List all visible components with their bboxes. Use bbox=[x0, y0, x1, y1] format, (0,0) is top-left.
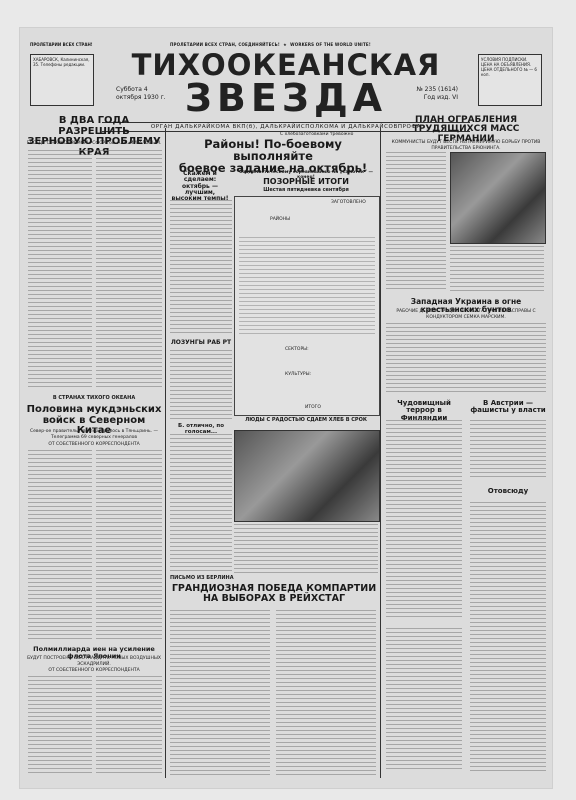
byline-japan: ОТ СОБСТВЕННОГО КОРРЕСПОНДЕНТА bbox=[26, 668, 162, 674]
article-text bbox=[170, 350, 232, 420]
column-rule bbox=[165, 128, 166, 778]
article-text bbox=[96, 450, 162, 640]
kicker-mukden: В СТРАНАХ ТИХОГО ОКЕАНА bbox=[26, 396, 162, 401]
headline-finland: Чудовищный террор в Финляндии bbox=[384, 400, 464, 422]
crops-label: КУЛЬТУРЫ: bbox=[285, 372, 311, 377]
date-line1: Суббота 4 bbox=[116, 86, 166, 94]
motto-en: WORKERS OF THE WORLD UNITE! bbox=[290, 42, 371, 47]
article-text bbox=[386, 420, 462, 620]
headline-slogans: ЛОЗУНГЫ РАБ РТ bbox=[170, 340, 232, 346]
kicker-berlin: ПИСЬМО ИЗ БЕРЛИНА bbox=[170, 576, 378, 581]
subhead-mukden: Север-ое правительство перебралось в Тян… bbox=[26, 429, 162, 441]
article-text bbox=[28, 150, 92, 390]
article-text bbox=[470, 502, 546, 772]
article-text bbox=[386, 628, 462, 772]
subhead-japan: БУДУТ ПОСТРОЕНЫ ШЕСТНАДЦАТЬ НОВЫХ ВОЗДУШ… bbox=[26, 656, 162, 668]
table-title: ПОЗОРНЫЕ ИТОГИ bbox=[234, 178, 378, 186]
newspaper-title-line2: ЗВЕЗДА bbox=[178, 78, 394, 118]
table-col-group: ЗАГОТОВЛЕНО bbox=[331, 200, 366, 205]
slogan-left: ПРОЛЕТАРИИ ВСЕХ СТРАН! bbox=[30, 42, 93, 47]
article-text bbox=[170, 434, 232, 574]
headline-line1: Районы! По-боевому выполняйте bbox=[170, 138, 376, 162]
motto-ru: ПРОЛЕТАРИИ ВСЕХ СТРАН, СОЕДИНЯЙТЕСЬ! bbox=[170, 42, 280, 47]
motto: ПРОЛЕТАРИИ ВСЕХ СТРАН, СОЕДИНЯЙТЕСЬ! ★ W… bbox=[170, 42, 371, 47]
total-label: ИТОГО bbox=[305, 405, 321, 410]
date-line2: октября 1930 г. bbox=[116, 94, 166, 102]
headline-line2: НА ВЫБОРАХ В РЕЙХСТАГ bbox=[170, 594, 378, 604]
byline-mukden: ОТ СОБСТВЕННОГО КОРРЕСПОНДЕНТА bbox=[26, 442, 162, 448]
article-text bbox=[450, 246, 544, 292]
photo-caption bbox=[234, 524, 378, 574]
issue-line1: № 235 (1614) bbox=[417, 86, 458, 94]
headline-everywhere: Отовсюду bbox=[468, 488, 548, 495]
subhead-germany: КОММУНИСТЫ БУДУТ ВЕСТИ НЕПРИМИРИМУЮ БОРЬ… bbox=[384, 140, 548, 152]
headline-berlin: ГРАНДИОЗНАЯ ПОБЕДА КОМПАРТИИ НА ВЫБОРАХ … bbox=[170, 584, 378, 604]
table-rows bbox=[239, 237, 375, 337]
headline-districts: Районы! По-боевому выполняйте боевое зад… bbox=[170, 138, 376, 174]
article-text bbox=[386, 152, 446, 292]
article-text bbox=[170, 610, 270, 775]
headline-austria: В Австрии — фашисты у власти bbox=[468, 400, 548, 415]
issue-number: № 235 (1614) Год изд. VI bbox=[417, 86, 458, 102]
subhead-ukraine: РАБОЧИЕ ДЕМОНСТРАЦИИ ПРОТЕСТА ПРОТИВ РАС… bbox=[384, 309, 548, 321]
table-row-header: РАЙОНЫ bbox=[270, 217, 290, 222]
column-rule bbox=[380, 128, 381, 778]
headline-line1: Половина мукдэньских bbox=[26, 405, 162, 416]
results-table: РАЙОНЫ ЗАГОТОВЛЕНО СЕКТОРЫ: КУЛЬТУРЫ: ИТ… bbox=[234, 196, 380, 416]
photo-germany bbox=[450, 152, 546, 244]
article-text bbox=[28, 676, 92, 776]
subhead-grain: БЕСЕДА С НАРКОМЗЕМОМ РСФСР тов. А. И. МУ… bbox=[26, 141, 162, 147]
article-text bbox=[96, 150, 162, 390]
article-text bbox=[276, 610, 376, 775]
subscription-box: УСЛОВИЯ ПОДПИСКИ. ЦЕНА НА ОБЪЯВЛЕНИЯ. ЦЕ… bbox=[478, 54, 542, 106]
article-text bbox=[28, 450, 92, 640]
article-text bbox=[386, 323, 546, 393]
photo-workers bbox=[234, 430, 380, 522]
headline-joy: ЛЮДЫ С РАДОСТЬЮ СДАЕМ ХЛЕБ В СРОК bbox=[234, 418, 378, 423]
address-box: ХАБАРОВСК, Калининская, 35. Телефоны ред… bbox=[30, 54, 94, 106]
masthead: ПРОЛЕТАРИИ ВСЕХ СТРАН! ПРОЛЕТАРИИ ВСЕХ С… bbox=[30, 34, 542, 114]
newspaper-page: ПРОЛЕТАРИИ ВСЕХ СТРАН! ПРОЛЕТАРИИ ВСЕХ С… bbox=[20, 28, 552, 788]
side-head-districts: Скажем и сделаем: октябрь — лучшим, высо… bbox=[170, 171, 230, 202]
article-text bbox=[96, 676, 162, 776]
issue-line2: Год изд. VI bbox=[417, 94, 458, 102]
table-subtitle: Шестая пятидневка сентября bbox=[234, 188, 378, 193]
issue-date: Суббота 4 октября 1930 г. bbox=[116, 86, 166, 102]
article-text bbox=[470, 420, 546, 480]
article-text bbox=[170, 200, 232, 335]
sectors-label: СЕКТОРЫ: bbox=[285, 347, 309, 352]
